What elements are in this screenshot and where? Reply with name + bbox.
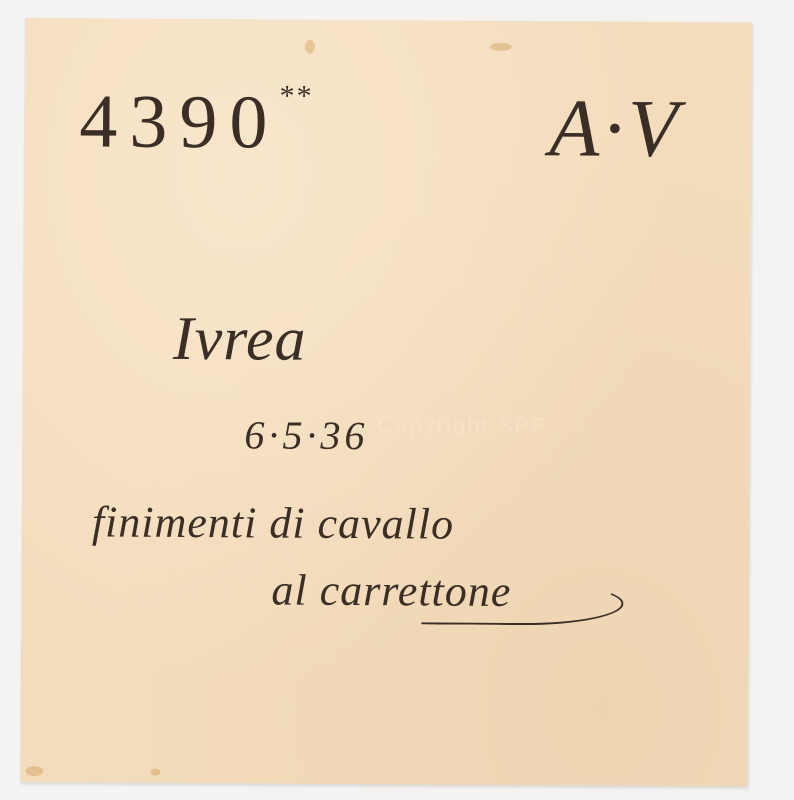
paper-stain <box>305 40 315 54</box>
description-line-1: finimenti di cavallo <box>92 496 454 549</box>
paper-stain <box>25 766 43 776</box>
catalog-number: 4390** <box>79 78 314 166</box>
place-name: Ivrea <box>173 304 307 376</box>
date: 6·5·36 <box>244 411 368 459</box>
initials: A·V <box>549 81 682 176</box>
watermark: Copyright SPF <box>377 412 546 439</box>
handwritten-card: 4390** A·V Ivrea 6·5·36 Copyright SPF fi… <box>20 18 752 786</box>
paper-stain <box>490 43 512 51</box>
flourish-underline <box>421 580 623 625</box>
catalog-number-value: 4390 <box>79 79 280 164</box>
catalog-marks: ** <box>279 80 313 113</box>
paper-stain <box>150 769 160 776</box>
